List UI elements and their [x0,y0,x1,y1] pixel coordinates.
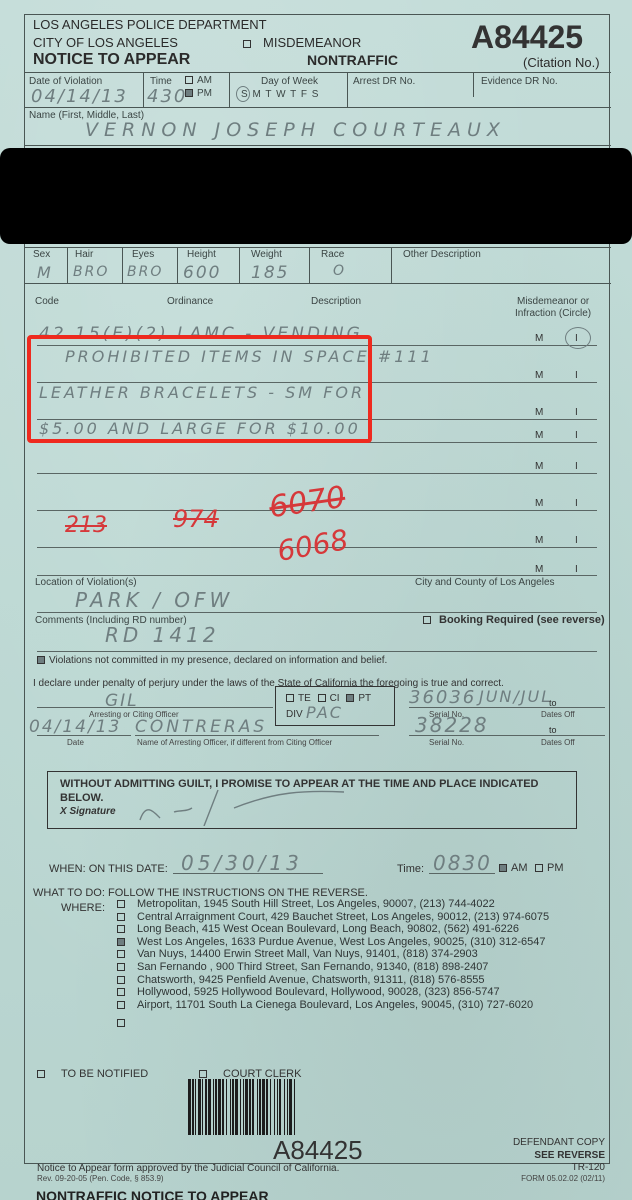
misdemeanor-checkbox[interactable]: MISDEMEANOR [243,35,361,50]
court-option-label: West Los Angeles, 1633 Purdue Avenue, We… [137,936,546,948]
signature-label: X Signature [60,806,116,817]
barcode-number: A84425 [273,1135,363,1166]
checkbox-icon [117,950,125,958]
appearance-date-value: 05/30/13 [181,851,303,875]
race-label: Race [321,249,344,260]
pt-checkbox[interactable]: PT [346,693,371,704]
court-option[interactable]: Metropolitan, 1945 South Hill Street, Lo… [117,898,549,911]
checkbox-icon [243,40,251,48]
weight-label: Weight [251,249,282,260]
serial-value: 36036 [409,687,476,708]
court-option-other[interactable] [117,1017,549,1030]
dates-off-value: JUN/JUL [479,687,552,706]
i-option-4[interactable]: I [575,430,578,441]
next-page-title: NONTRAFFIC NOTICE TO APPEAR [36,1188,269,1200]
checkbox-icon [535,864,543,872]
appearance-time-value: 0830 [433,851,492,875]
eyes-value: BRO [127,264,163,280]
i-option-3[interactable]: I [575,407,578,418]
checkbox-icon [117,913,125,921]
court-option[interactable]: Van Nuys, 14400 Erwin Street Mall, Van N… [117,948,549,961]
court-option-label: Metropolitan, 1945 South Hill Street, Lo… [137,898,495,910]
see-reverse: SEE REVERSE [499,1150,605,1161]
booking-required-checkbox[interactable]: Booking Required (see reverse) [423,614,605,626]
form-type: NONTRAFFIC [307,52,398,68]
checkbox-icon [185,76,193,84]
time-value: 430 [147,86,187,107]
appearance-pm-option[interactable]: PM [535,862,564,874]
div-label: DIV [286,709,303,720]
race-value: O [333,263,346,279]
infraction-circle-mark [565,327,591,349]
serial2-label: Serial No. [429,738,464,747]
court-option-label: Central Arraignment Court, 429 Bauchet S… [137,911,549,923]
evidence-dr-label: Evidence DR No. [481,76,558,87]
sex-label: Sex [33,249,50,260]
court-option[interactable]: San Fernando , 900 Third Street, San Fer… [117,961,549,974]
m-option-8[interactable]: M [535,564,543,575]
sex-value: M [37,263,53,282]
m-option-1[interactable]: M [535,333,543,344]
department-name: LOS ANGELES POLICE DEPARTMENT [33,17,267,32]
court-option[interactable]: Long Beach, 415 West Ocean Boulevard, Lo… [117,923,549,936]
to-be-notified-checkbox[interactable]: TO BE NOTIFIED [37,1068,148,1080]
city-county-label: City and County of Los Angeles [415,577,555,588]
eyes-label: Eyes [132,249,154,260]
checkbox-checked-icon [499,864,507,872]
code-label: Code [35,296,59,307]
checkbox-icon [199,1070,207,1078]
m-option-2[interactable]: M [535,370,543,381]
serial2-value: 38228 [415,713,489,737]
day-of-week-label: Day of Week [261,76,318,87]
checkbox-icon [117,925,125,933]
m-option-5[interactable]: M [535,461,543,472]
checkbox-icon [117,963,125,971]
i-option-8[interactable]: I [575,564,578,575]
checkbox-checked-icon [117,938,125,946]
red-mark-4: 6068 [275,523,351,568]
m-option-4[interactable]: M [535,430,543,441]
location-label: Location of Violation(s) [35,577,137,588]
i-option-6[interactable]: I [575,498,578,509]
misdemeanor-label: MISDEMEANOR [263,35,361,50]
red-mark-1: 213 [65,513,107,538]
when-label: WHEN: ON THIS DATE: [49,863,168,875]
div-value: PAC [306,703,343,722]
date-value: 04/14/13 [31,86,128,107]
comments-value: RD 1412 [105,623,220,647]
defendant-copy: DEFENDANT COPY [499,1137,605,1148]
form-code: TR-120 [499,1162,605,1173]
citation-document: LOS ANGELES POLICE DEPARTMENT CITY OF LO… [0,0,632,1200]
signature-scribble [134,782,354,826]
other-description-label: Other Description [403,249,481,260]
appearance-am-option[interactable]: AM [499,862,528,874]
dates-off-label: Dates Off [541,710,575,719]
pm-option[interactable]: PM [185,88,212,99]
form-title: NOTICE TO APPEAR [33,51,190,69]
day-circle-mark [236,86,250,102]
checkbox-checked-icon [37,656,45,664]
court-option-label: Chatsworth, 9425 Penfield Avenue, Chatsw… [137,974,485,986]
i-option-7[interactable]: I [575,535,578,546]
checkbox-icon [117,900,125,908]
time-label-appear: Time: [397,863,424,875]
checkbox-icon [318,694,326,702]
checkbox-icon [423,616,431,624]
arrest-dr-label: Arrest DR No. [353,76,415,87]
citation-label: (Citation No.) [523,55,600,70]
class-label-1: Misdemeanor or [517,296,589,307]
where-label: WHERE: [61,902,105,914]
city-name: CITY OF LOS ANGELES [33,35,178,50]
height-value: 600 [183,263,221,283]
officer-date-label: Date [67,738,84,747]
dates-off2-label: Dates Off [541,738,575,747]
checkbox-icon [117,976,125,984]
barcode [188,1079,444,1135]
red-mark-2: 974 [173,505,219,533]
checkbox-icon [117,988,125,996]
m-option-7[interactable]: M [535,535,543,546]
court-option-label: Van Nuys, 14400 Erwin Street Mall, Van N… [137,948,478,960]
court-option[interactable]: West Los Angeles, 1633 Purdue Avenue, We… [117,936,549,949]
height-label: Height [187,249,216,260]
to2-label: to [549,725,557,735]
checkbox-checked-icon [346,694,354,702]
hair-label: Hair [75,249,93,260]
checkbox-icon [286,694,294,702]
court-option-label: San Fernando , 900 Third Street, San Fer… [137,961,488,973]
promise-text-2: BELOW. [60,792,103,804]
court-option-label: Airport, 11701 South La Cienega Boulevar… [137,999,533,1011]
officer-date-value: 04/14/13 [29,717,121,737]
highlight-box [27,335,372,443]
revision-text: Rev. 09-20-05 (Pen. Code, § 853.9) [37,1174,164,1183]
court-option[interactable]: Central Arraignment Court, 429 Bauchet S… [117,911,549,924]
address-redaction-bar [0,148,632,244]
i-option-2[interactable]: I [575,370,578,381]
court-option-label: Hollywood, 5925 Hollywood Boulevard, Hol… [137,986,500,998]
citing-officer-value: GIL [105,691,139,711]
m-option-3[interactable]: M [535,407,543,418]
court-option-label: Long Beach, 415 West Ocean Boulevard, Lo… [137,923,519,935]
location-value: PARK / OFW [75,588,233,612]
to-label: to [549,698,557,708]
citation-number: A84425 [471,19,583,56]
name-value: VERNON JOSEPH COURTEAUX [85,119,506,141]
court-option[interactable]: Hollywood, 5925 Hollywood Boulevard, Hol… [117,986,549,999]
arresting-officer-label: Name of Arresting Officer, if different … [137,738,332,747]
arresting-officer-value: CONTRERAS [135,717,267,737]
day-of-week-options: S M T W T F S [241,89,319,100]
ordinance-label: Ordinance [167,296,213,307]
am-option[interactable]: AM [185,75,212,86]
checkbox-icon [117,1019,125,1027]
promise-box: WITHOUT ADMITTING GUILT, I PROMISE TO AP… [47,771,577,829]
checkbox-icon [117,1001,125,1009]
division-box: TE CI PT DIV PAC [275,686,395,726]
red-mark-3: 6070 [267,480,347,525]
m-option-6[interactable]: M [535,498,543,509]
i-option-5[interactable]: I [575,461,578,472]
description-label: Description [311,296,361,307]
approval-text: Notice to Appear form approved by the Ju… [37,1163,339,1174]
court-option[interactable]: Airport, 11701 South La Cienega Boulevar… [117,999,549,1012]
weight-value: 185 [251,263,289,283]
form-number: FORM 05.02.02 (02/11) [461,1174,605,1183]
not-present-checkbox[interactable]: Violations not committed in my presence,… [37,655,387,666]
class-label-2: Infraction (Circle) [515,308,591,319]
court-list: Metropolitan, 1945 South Hill Street, Lo… [117,898,549,1030]
hair-value: BRO [73,264,109,280]
court-option[interactable]: Chatsworth, 9425 Penfield Avenue, Chatsw… [117,974,549,987]
checkbox-icon [37,1070,45,1078]
